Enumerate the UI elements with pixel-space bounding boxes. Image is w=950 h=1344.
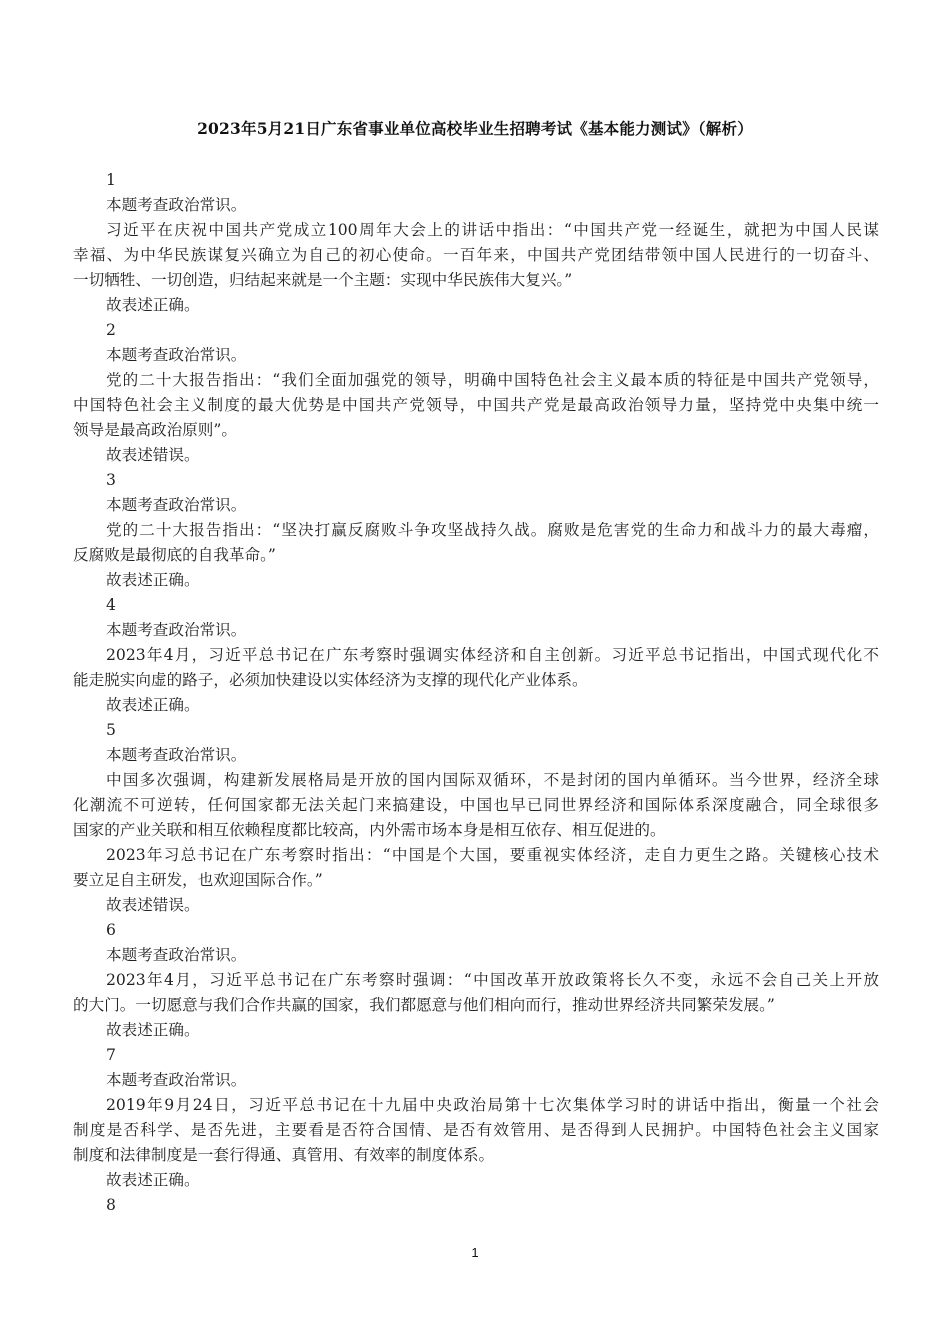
paragraph-line: 能走脱实向虚的路子，必须加快建设以实体经济为支撑的现代化产业体系。 <box>73 668 879 693</box>
paragraph-line: 中国多次强调，构建新发展格局是开放的国内国际双循环，不是封闭的国内单循环。当今世… <box>73 768 879 793</box>
paragraph-line: 党的二十大报告指出：“我们全面加强党的领导，明确中国特色社会主义最本质的特征是中… <box>73 368 879 393</box>
paragraph-line: 国家的产业关联和相互依赖程度都比较高，内外需市场本身是相互依存、相互促进的。 <box>73 818 879 843</box>
question-topic: 本题考查政治常识。 <box>73 493 879 518</box>
question-item-4: 4 本题考查政治常识。 2023年4月，习近平总书记在广东考察时强调实体经济和自… <box>73 593 879 718</box>
paragraph-line: 的大门。一切愿意与我们合作共赢的国家，我们都愿意与他们相向而行，推动世界经济共同… <box>73 993 879 1018</box>
question-topic: 本题考查政治常识。 <box>73 943 879 968</box>
question-number: 8 <box>73 1193 879 1218</box>
question-item-2: 2 本题考查政治常识。 党的二十大报告指出：“我们全面加强党的领导，明确中国特色… <box>73 318 879 468</box>
paragraph-line: 习近平在庆祝中国共产党成立100周年大会上的讲话中指出：“中国共产党一经诞生，就… <box>73 218 879 243</box>
question-topic: 本题考查政治常识。 <box>73 618 879 643</box>
question-item-3: 3 本题考查政治常识。 党的二十大报告指出：“坚决打赢反腐败斗争攻坚战持久战。腐… <box>73 468 879 593</box>
question-number: 2 <box>73 318 879 343</box>
question-topic: 本题考查政治常识。 <box>73 1068 879 1093</box>
paragraph-line: 2023年习总书记在广东考察时指出：“中国是个大国，要重视实体经济，走自力更生之… <box>73 843 879 868</box>
paragraph-line: 领导是最高政治原则”。 <box>73 418 879 443</box>
question-conclusion: 故表述正确。 <box>73 693 879 718</box>
question-conclusion: 故表述正确。 <box>73 1018 879 1043</box>
question-number: 6 <box>73 918 879 943</box>
document-page: 2023年5月21日广东省事业单位高校毕业生招聘考试《基本能力测试》（解析） 1… <box>0 0 950 1344</box>
document-title: 2023年5月21日广东省事业单位高校毕业生招聘考试《基本能力测试》（解析） <box>0 117 950 139</box>
question-conclusion: 故表述正确。 <box>73 1168 879 1193</box>
question-conclusion: 故表述错误。 <box>73 893 879 918</box>
paragraph-line: 一切牺牲、一切创造，归结起来就是一个主题：实现中华民族伟大复兴。” <box>73 268 879 293</box>
question-number: 3 <box>73 468 879 493</box>
question-item-5: 5 本题考查政治常识。 中国多次强调，构建新发展格局是开放的国内国际双循环，不是… <box>73 718 879 918</box>
paragraph-line: 制度和法律制度是一套行得通、真管用、有效率的制度体系。 <box>73 1143 879 1168</box>
paragraph-line: 党的二十大报告指出：“坚决打赢反腐败斗争攻坚战持久战。腐败是危害党的生命力和战斗… <box>73 518 879 543</box>
paragraph-line: 要立足自主研发，也欢迎国际合作。” <box>73 868 879 893</box>
question-number: 5 <box>73 718 879 743</box>
question-item-8: 8 <box>73 1193 879 1218</box>
question-topic: 本题考查政治常识。 <box>73 343 879 368</box>
question-item-1: 1 本题考查政治常识。 习近平在庆祝中国共产党成立100周年大会上的讲话中指出：… <box>73 168 879 318</box>
paragraph-line: 制度是否科学、是否先进，主要看是否符合国情、是否有效管用、是否得到人民拥护。中国… <box>73 1118 879 1143</box>
paragraph-line: 反腐败是最彻底的自我革命。” <box>73 543 879 568</box>
paragraph-line: 2023年4月，习近平总书记在广东考察时强调实体经济和自主创新。习近平总书记指出… <box>73 643 879 668</box>
question-number: 1 <box>73 168 879 193</box>
document-body: 1 本题考查政治常识。 习近平在庆祝中国共产党成立100周年大会上的讲话中指出：… <box>73 168 879 1218</box>
question-conclusion: 故表述正确。 <box>73 293 879 318</box>
paragraph-line: 幸福、为中华民族谋复兴确立为自己的初心使命。一百年来，中国共产党团结带领中国人民… <box>73 243 879 268</box>
question-item-7: 7 本题考查政治常识。 2019年9月24日，习近平总书记在十九届中央政治局第十… <box>73 1043 879 1193</box>
question-conclusion: 故表述错误。 <box>73 443 879 468</box>
question-topic: 本题考查政治常识。 <box>73 743 879 768</box>
page-number: 1 <box>0 1245 950 1260</box>
paragraph-line: 2023年4月，习近平总书记在广东考察时强调：“中国改革开放政策将长久不变，永远… <box>73 968 879 993</box>
question-conclusion: 故表述正确。 <box>73 568 879 593</box>
paragraph-line: 中国特色社会主义制度的最大优势是中国共产党领导，中国共产党是最高政治领导力量，坚… <box>73 393 879 418</box>
question-topic: 本题考查政治常识。 <box>73 193 879 218</box>
paragraph-line: 化潮流不可逆转，任何国家都无法关起门来搞建设，中国也早已同世界经济和国际体系深度… <box>73 793 879 818</box>
paragraph-line: 2019年9月24日，习近平总书记在十九届中央政治局第十七次集体学习时的讲话中指… <box>73 1093 879 1118</box>
question-item-6: 6 本题考查政治常识。 2023年4月，习近平总书记在广东考察时强调：“中国改革… <box>73 918 879 1043</box>
question-number: 4 <box>73 593 879 618</box>
question-number: 7 <box>73 1043 879 1068</box>
